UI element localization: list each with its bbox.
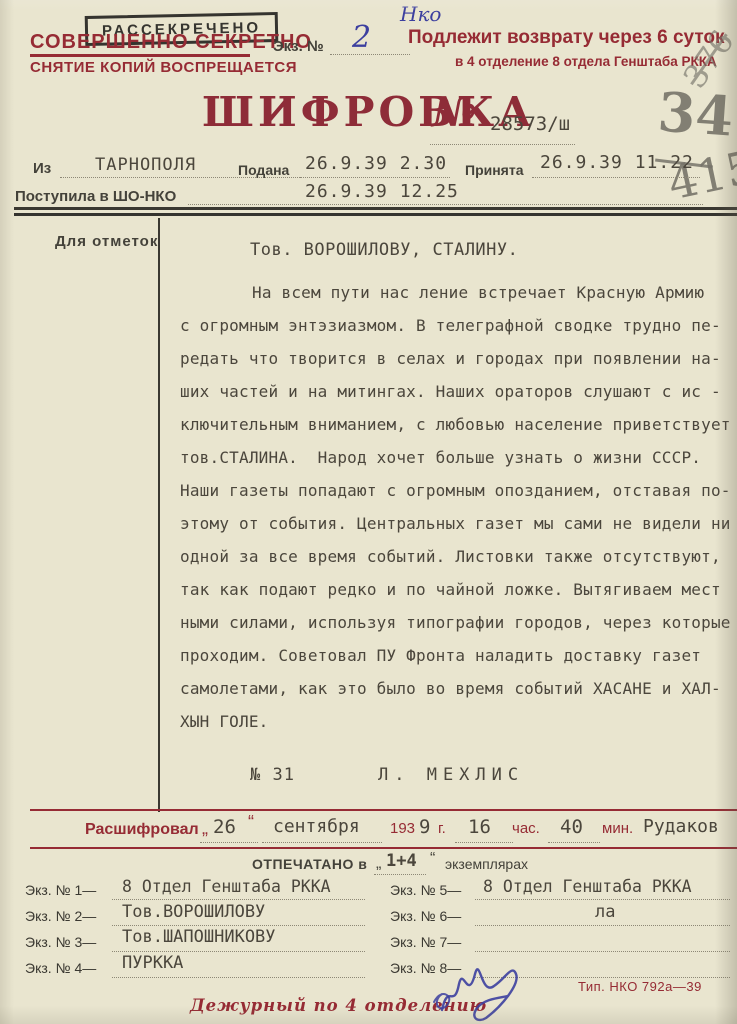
- quote-open: „: [202, 818, 208, 839]
- copy-number-label: Экз. №: [273, 38, 324, 55]
- document-title: ШИФРОВКА: [202, 88, 536, 136]
- sent-line: [300, 175, 450, 178]
- body-line: ными силами, используя типографии городо…: [180, 613, 732, 646]
- sent-value: 26.9.39 2.30: [305, 153, 447, 174]
- decrypt-hour: 16: [468, 816, 491, 838]
- arrived-label: Поступила в ШО-НКО: [15, 188, 176, 205]
- footer-rule-bottom: [30, 847, 737, 849]
- body-line: одной за все время событий. Листовки так…: [180, 547, 732, 580]
- header-double-rule: [14, 207, 737, 216]
- footer-rule-top: [30, 809, 737, 811]
- printed-suffix: экземплярах: [445, 856, 528, 872]
- body-line: с огромным энтэзиазмом. В телеграфной св…: [180, 316, 732, 349]
- minute-line: [548, 840, 600, 843]
- copy-row-value: 8 Отдел Генштаба РККА: [483, 877, 692, 896]
- margin-number-main: 34: [656, 79, 735, 148]
- from-value: ТАРНОПОЛЯ: [95, 155, 196, 175]
- decrypted-by-label: Расшифровал: [85, 821, 199, 839]
- addressee-line: Тов. ВОРОШИЛОВУ, СТАЛИНУ.: [250, 240, 518, 260]
- sender-signature-name: Л. МЕХЛИС: [378, 765, 524, 785]
- copy-row-line: [112, 949, 365, 952]
- body-line: редать что творится в селах и городах пр…: [180, 349, 732, 382]
- copy-row-label: Экз. № 2—: [25, 908, 96, 924]
- body-line: проходим. Советовал ПУ Фронта наладить д…: [180, 646, 732, 679]
- printed-count: 1+4: [386, 851, 417, 871]
- printed-quote-close: “: [430, 850, 435, 868]
- message-body: На всем пути нас ление встречает Красную…: [180, 283, 732, 745]
- copy-number-note-handwritten: Нко: [400, 2, 441, 26]
- cipher-telegram-document: РАССЕКРЕЧЕНО СОВЕРШЕННО СЕКРЕТНО СНЯТИЕ …: [0, 0, 737, 1024]
- copy-row-label: Экз. № 7—: [390, 934, 461, 950]
- body-line: Наши газеты попадают с огромным опоздани…: [180, 481, 732, 514]
- number-sign: №: [432, 88, 481, 136]
- copy-row-line: [475, 897, 730, 900]
- minute-label: мин.: [602, 820, 633, 837]
- copy-row-value: Тов.ШАПОШНИКОВУ: [122, 927, 276, 947]
- body-line: ХЫН ГОЛЕ.: [180, 712, 732, 745]
- secrecy-heading: СОВЕРШЕННО СЕКРЕТНО: [30, 31, 312, 54]
- message-number: № 31: [250, 765, 295, 785]
- sent-label: Подана: [238, 162, 289, 178]
- notes-column-divider: [158, 218, 160, 812]
- hour-line: [455, 840, 513, 843]
- secrecy-underline: [30, 54, 250, 57]
- printed-quote-open: „: [376, 855, 381, 873]
- quote-close: “: [248, 812, 254, 833]
- return-notice-line1: Подлежит возврату через 6 суток: [408, 27, 725, 49]
- year-suffix: г.: [438, 820, 446, 837]
- copy-row-line: [112, 923, 365, 926]
- body-line: тов.СТАЛИНА. Народ хочет больше узнать о…: [180, 448, 732, 481]
- body-line: этому от события. Центральных газет мы с…: [180, 514, 732, 547]
- no-copies-line: СНЯТИЕ КОПИЙ ВОСПРЕЩАЕТСЯ: [30, 59, 297, 76]
- copy-row-line: [112, 897, 365, 900]
- copy-row-value: Тов.ВОРОШИЛОВУ: [122, 902, 265, 922]
- copy-number-value-handwritten: 2: [352, 20, 371, 55]
- received-line: [532, 175, 700, 178]
- copy-row-value: ла: [595, 902, 615, 922]
- title-number-line: [430, 142, 575, 145]
- copy-row-line: [112, 975, 365, 978]
- copy-row-value: 8 Отдел Генштаба РККА: [122, 877, 331, 896]
- print-shop-mark: Тип. НКО 792а—39: [578, 979, 702, 994]
- body-line: так как подают редко и по чайной ложке. …: [180, 580, 732, 613]
- copy-row-label: Экз. № 3—: [25, 934, 96, 950]
- from-line: [60, 175, 330, 178]
- hour-label: час.: [512, 820, 540, 837]
- decrypt-month: сентября: [273, 816, 360, 837]
- from-label: Из: [33, 160, 51, 177]
- body-line: самолетами, как это было во время событи…: [180, 679, 732, 712]
- copy-row-label: Экз. № 4—: [25, 960, 96, 976]
- year-preprint: 193: [390, 820, 415, 837]
- copy-row-label: Экз. № 1—: [25, 882, 96, 898]
- notes-column-label: Для отметок: [55, 233, 158, 250]
- printed-prefix: ОТПЕЧАТАНО в: [252, 856, 367, 872]
- decrypt-year-digit: 9: [419, 816, 430, 838]
- body-line: На всем пути нас ление встречает Красную…: [180, 283, 732, 316]
- telegram-number: 28573/ш: [490, 113, 570, 135]
- body-line: ших частей и на митингах. Наших ораторов…: [180, 382, 732, 415]
- received-label: Принята: [465, 162, 524, 178]
- copy-row-line: [475, 923, 730, 926]
- return-notice-line2: в 4 отделение 8 отдела Генштаба РККА: [455, 54, 717, 69]
- decrypt-operator: Рудаков: [643, 816, 719, 837]
- copy-row-value: ПУРККА: [122, 953, 183, 973]
- arrived-line: [188, 202, 703, 205]
- received-value: 26.9.39 11.22: [540, 152, 694, 173]
- copy-row-label: Экз. № 6—: [390, 908, 461, 924]
- day-line: [200, 840, 258, 843]
- arrived-value: 26.9.39 12.25: [305, 181, 459, 202]
- body-line: ключительным вниманием, с любовью населе…: [180, 415, 732, 448]
- month-line: [262, 840, 382, 843]
- duty-officer-signature: [428, 952, 538, 1024]
- decrypt-day: 26: [213, 816, 236, 838]
- printed-count-line: [374, 872, 426, 875]
- copy-row-label: Экз. № 5—: [390, 882, 461, 898]
- decrypt-minute: 40: [560, 816, 583, 838]
